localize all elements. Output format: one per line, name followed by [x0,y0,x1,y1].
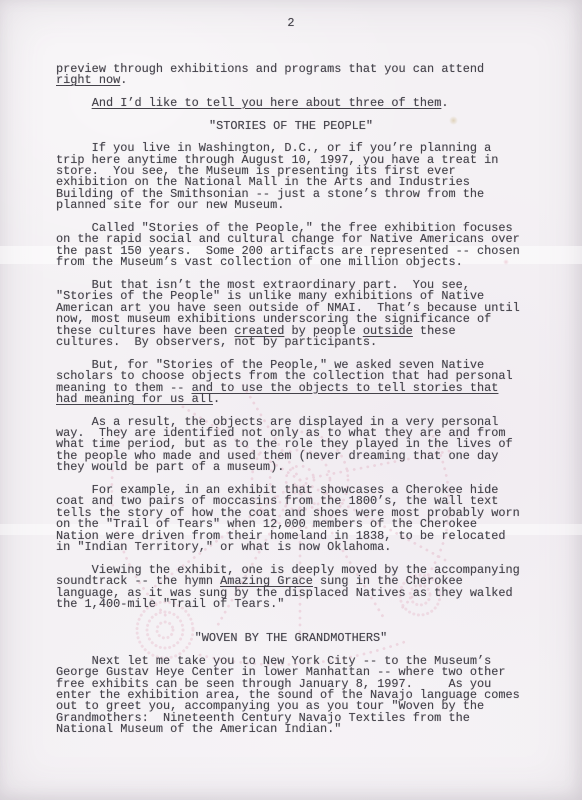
blank-line [56,41,526,52]
scanned-letter-page: 2 preview through exhibitions and progra… [0,0,582,800]
document-text: 2 preview through exhibitions and progra… [56,18,526,736]
text-line: planned site for our new Museum. [56,200,526,211]
page-number: 2 [56,18,526,29]
text-line: cultures. By observers, not by participa… [56,337,526,348]
text-line: they would be part of a museum). [56,462,526,473]
blank-line [56,29,526,40]
text-line: had meaning for us all. [56,394,526,405]
text-line: National Museum of the American Indian." [56,724,526,735]
blank-line [56,610,526,621]
text-line: in "Indian Territory," or what is now Ok… [56,542,526,553]
section-heading: "STORIES OF THE PEOPLE" [56,121,526,132]
text-line: the 1,400-mile "Trail of Tears." [56,599,526,610]
text-line: from the Museum’s vast collection of one… [56,257,526,268]
text-line: right now. [56,75,526,86]
section-heading: "WOVEN BY THE GRANDMOTHERS" [56,633,526,644]
text-line: And I’d like to tell you here about thre… [56,98,526,109]
